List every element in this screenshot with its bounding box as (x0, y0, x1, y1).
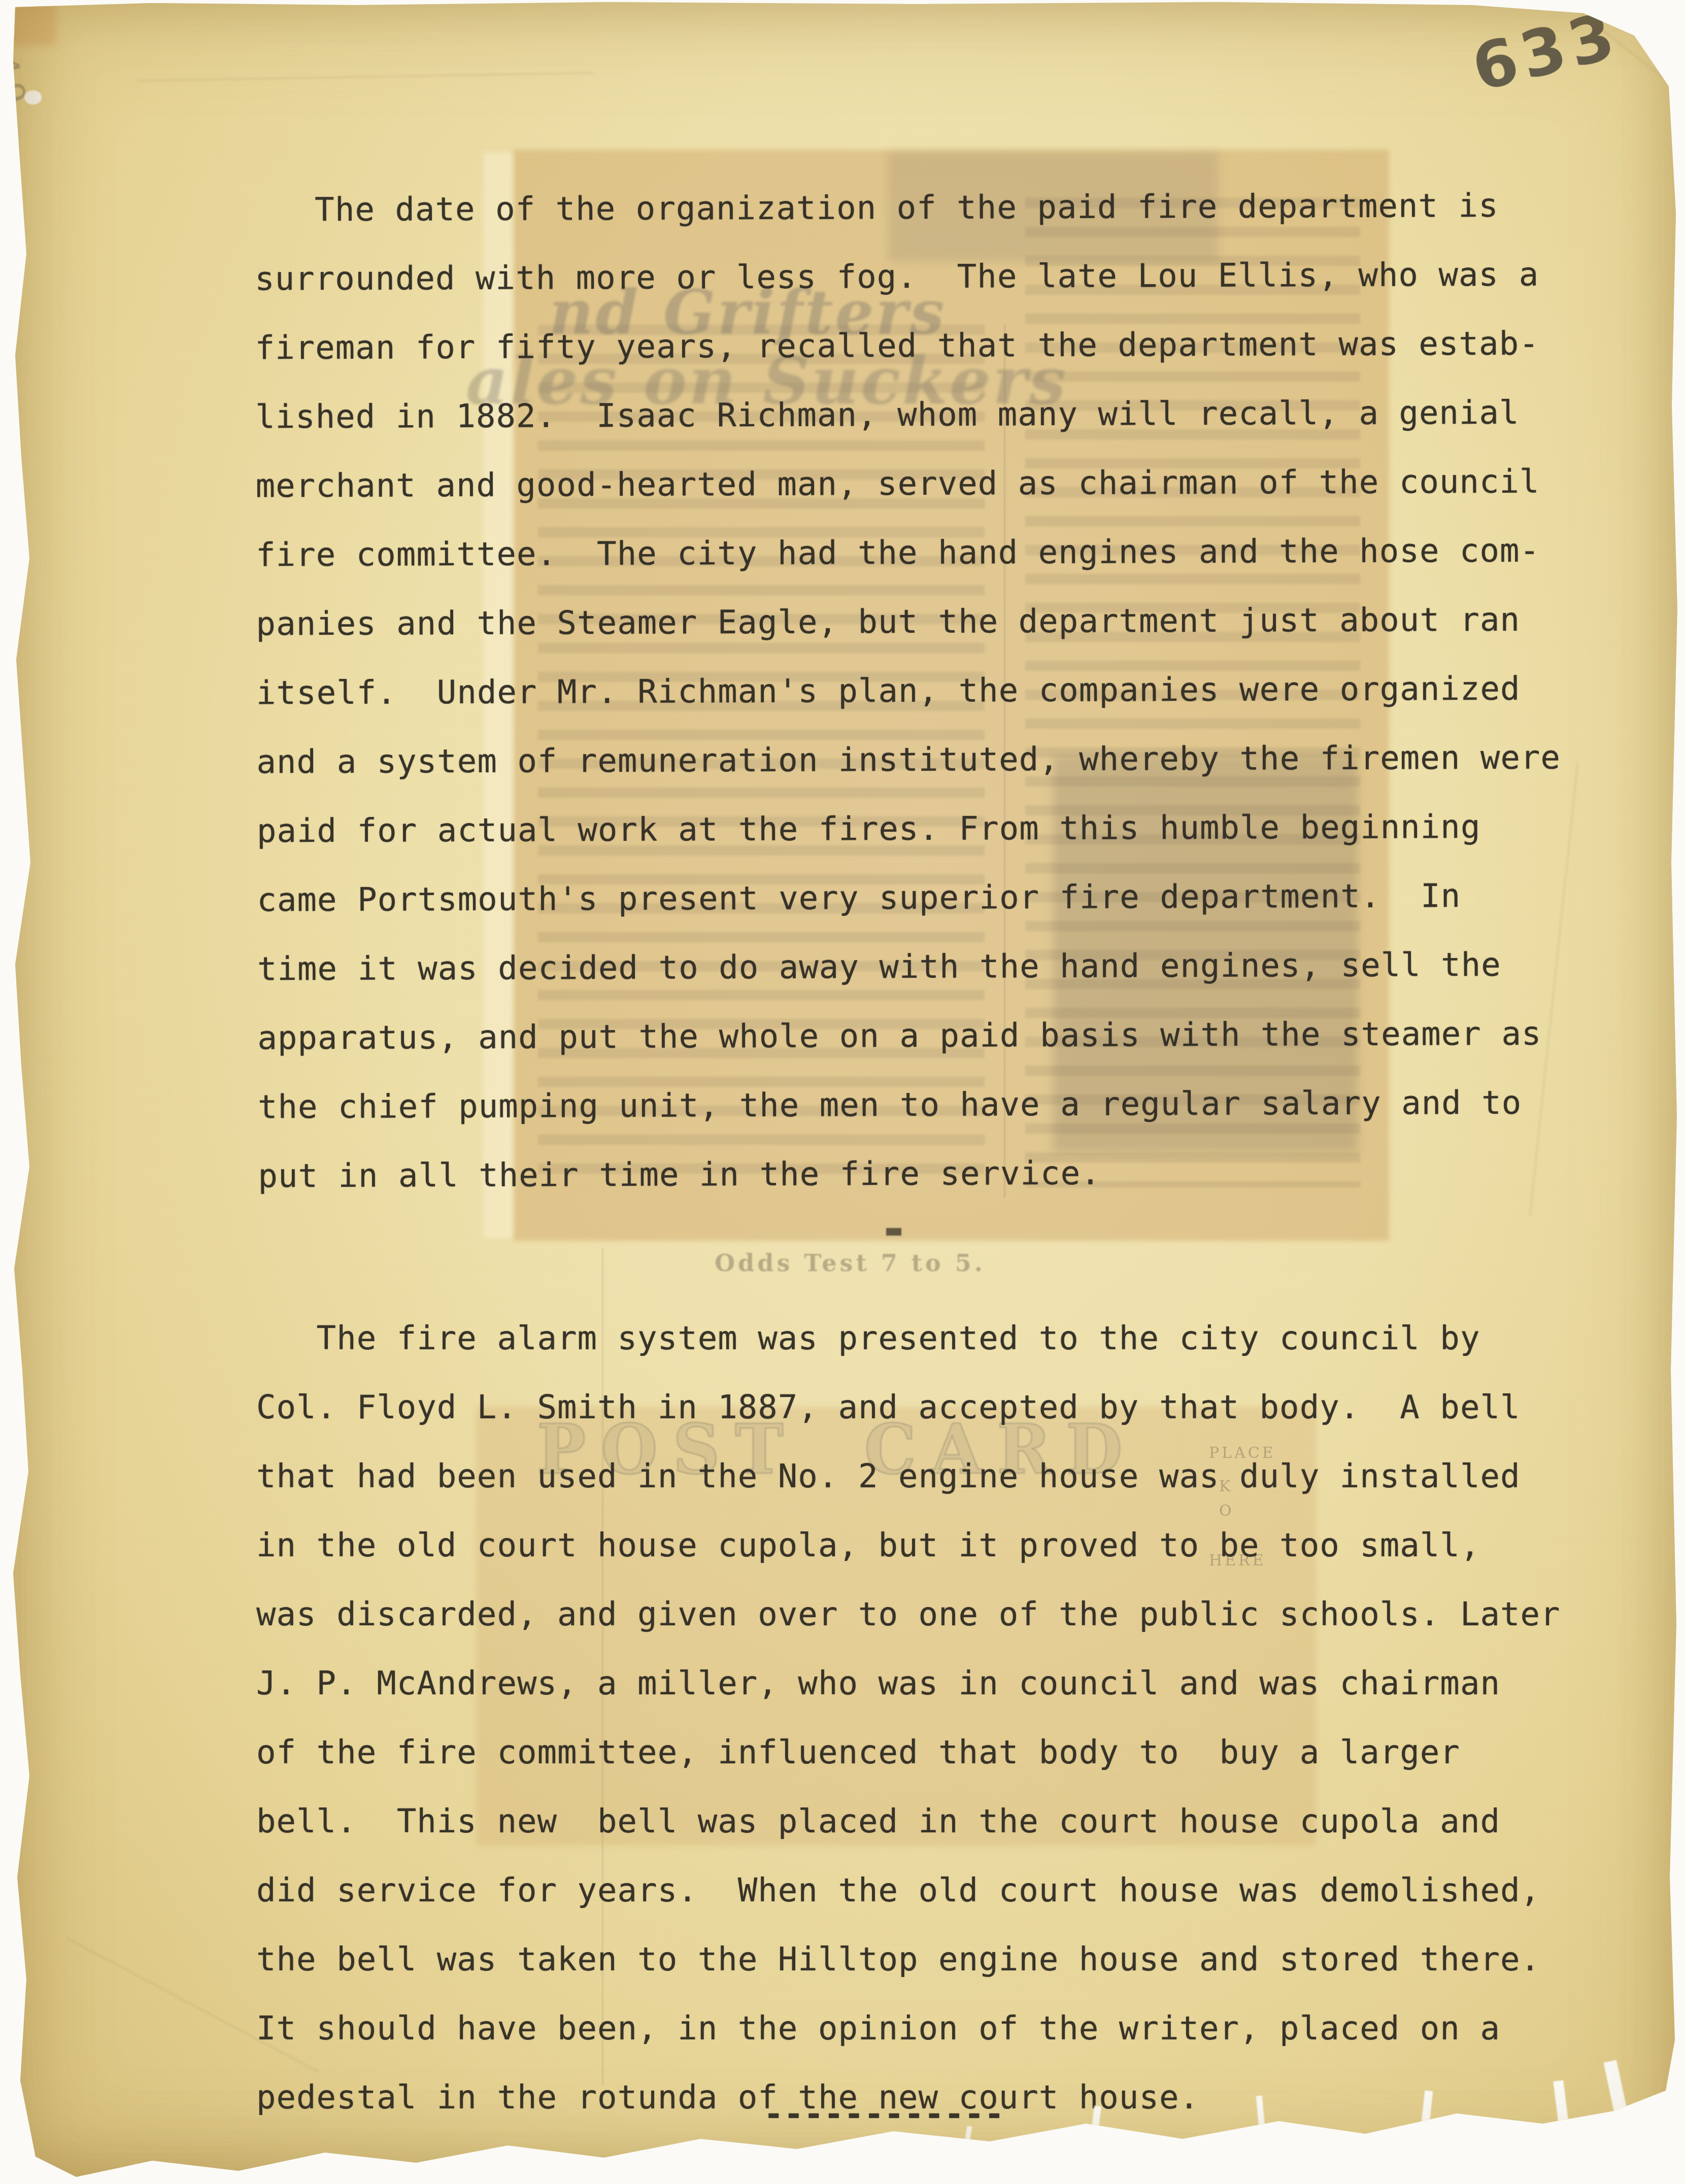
typed-line: merchant and good-hearted man, served as… (255, 448, 1560, 521)
typed-line: Col. Floyd L. Smith in 1887, and accepte… (256, 1373, 1561, 1442)
paper-sheet: nd Grifters ales on Suckers Odds Test 7 … (0, 0, 1685, 2184)
typed-line: was discarded, and given over to one of … (256, 1580, 1561, 1649)
typed-line: The fire alarm system was presented to t… (256, 1304, 1561, 1373)
corner-stain (0, 0, 56, 46)
typed-line: did service for years. When the old cour… (256, 1856, 1561, 1925)
torn-edge-fray (1603, 2060, 1637, 2162)
ghost-odds-caption: Odds Test 7 to 5. (715, 1249, 986, 1277)
typed-line: time it was decided to do away with the … (257, 931, 1562, 1004)
typed-line: came Portsmouth's present very superior … (257, 862, 1561, 935)
typed-line: in the old court house cupola, but it pr… (256, 1511, 1561, 1580)
typed-line: J. P. McAndrews, a miller, who was in co… (256, 1649, 1561, 1718)
typed-line: put in all their time in the fire servic… (258, 1138, 1562, 1211)
typed-line: fireman for fifty years, recalled that t… (255, 310, 1559, 383)
typed-line: panies and the Steamer Eagle, but the de… (256, 586, 1560, 659)
typed-line: surrounded with more or less fog. The la… (255, 241, 1559, 314)
typed-line: apparatus, and put the whole on a paid b… (257, 1000, 1562, 1073)
page-number-annotation: 633 (1465, 0, 1626, 106)
typed-line: that had been used in the No. 2 engine h… (256, 1442, 1561, 1511)
edge-hole (24, 90, 42, 105)
stray-ink-mark (886, 1228, 901, 1236)
typed-line: the bell was taken to the Hilltop engine… (256, 1925, 1561, 1994)
typed-line: of the fire committee, influenced that b… (256, 1718, 1561, 1787)
typed-line: paid for actual work at the fires. From … (257, 793, 1561, 866)
crease-line (137, 72, 594, 82)
typed-line: The date of the organization of the paid… (254, 172, 1559, 245)
typed-paragraph-1: The date of the organization of the paid… (254, 172, 1562, 1211)
typed-line: It should have been, in the opinion of t… (256, 1994, 1561, 2063)
typed-line: lished in 1882. Isaac Richman, whom many… (255, 379, 1560, 452)
typed-line: bell. This new bell was placed in the co… (256, 1787, 1561, 1856)
typed-line: the chief pumping unit, the men to have … (258, 1069, 1562, 1142)
typed-line: and a system of remuneration instituted,… (256, 724, 1561, 797)
scanned-page-background: nd Grifters ales on Suckers Odds Test 7 … (0, 0, 1685, 2184)
typed-line: fire committee. The city had the hand en… (256, 517, 1560, 590)
typed-line: itself. Under Mr. Richman's plan, the co… (256, 655, 1561, 728)
typed-paragraph-2: The fire alarm system was presented to t… (256, 1304, 1561, 2132)
